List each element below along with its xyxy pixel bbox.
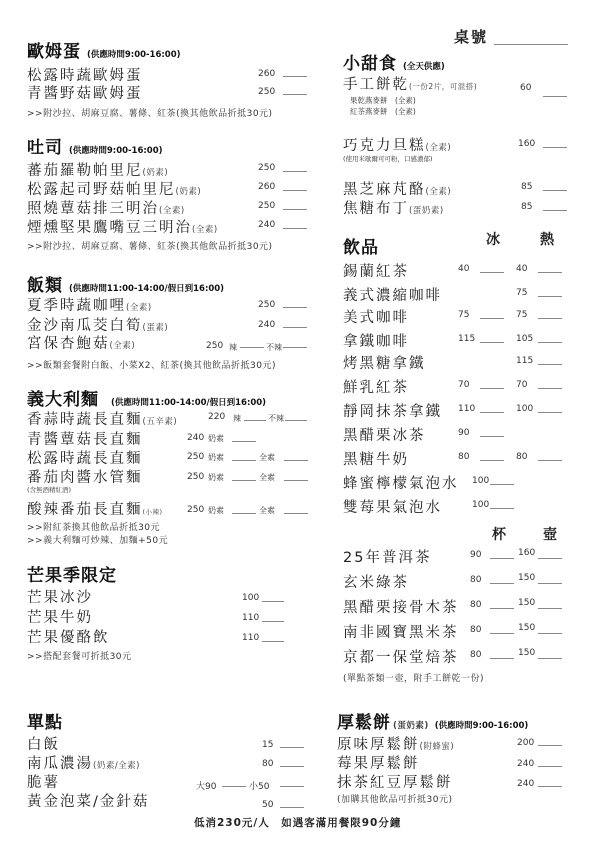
quantity-field[interactable] [283, 94, 307, 95]
item-price: 85 [521, 202, 532, 212]
item-tag: (全素) [110, 341, 136, 351]
item-price: 200 [517, 738, 534, 748]
column-header-hot: 熱 [540, 229, 554, 249]
item-price: 240 [258, 320, 275, 330]
price-pot: 160 [518, 548, 535, 558]
drink-item: 拿鐵咖啡 [343, 330, 409, 351]
item-price: 240 [187, 433, 204, 443]
item-name: 蜂蜜檸檬氣泡水 [343, 476, 459, 492]
price-iced: 70 [458, 380, 469, 390]
cookie-flavor: 果乾燕麥餅 (全素) [350, 95, 416, 106]
quantity-field[interactable] [262, 621, 284, 622]
menu-item: 脆薯 [27, 771, 60, 792]
quantity-field-small[interactable] [280, 786, 304, 787]
item-tag: (全素) [126, 303, 152, 313]
tea-item: 南非國寶黑米茶 [343, 621, 459, 642]
drink-item: 錫蘭紅茶 [343, 260, 409, 281]
option-label-dairy: 奶素 [208, 472, 224, 483]
item-price: 250 [258, 300, 275, 310]
item-name: 香蒜時蔬長直麵 [27, 412, 143, 428]
item-price: 100 [242, 593, 259, 603]
drink-item: 黑醋栗冰茶 [343, 424, 426, 445]
quantity-field-dairy[interactable] [232, 460, 256, 461]
quantity-field-cup[interactable] [490, 633, 514, 634]
tea-item: 25年普洱茶 [343, 546, 431, 567]
menu-item: 芒果優酪飲 [27, 626, 110, 647]
section-tag: (蛋奶素) [393, 721, 429, 731]
price-iced: 110 [458, 404, 475, 414]
section-note: (加購其他飲品可折抵30元) [337, 792, 452, 805]
quantity-field-cup[interactable] [490, 658, 514, 659]
item-price: 250 [258, 163, 275, 173]
item-price: 110 [242, 613, 259, 623]
quantity-field-hot[interactable] [538, 342, 562, 343]
section-dessert-title: 小甜食(全天供應) [343, 49, 445, 74]
section-toast-title: 吐司(供應時間9:00-16:00) [27, 133, 163, 158]
item-tag: (奶素) [143, 168, 169, 178]
item-tag: (五辛素) [143, 417, 178, 427]
quantity-field[interactable] [283, 76, 307, 77]
quantity-field-pot[interactable] [538, 583, 562, 584]
quantity-field[interactable] [283, 327, 307, 328]
price-pot: 150 [518, 598, 535, 608]
menu-item: 抹茶紅豆厚鬆餅 [337, 771, 453, 792]
item-name: 酸辣番茄長直麵 [27, 502, 143, 518]
price-iced: 115 [458, 334, 475, 344]
menu-item: 手工餅乾(一份2片，可混搭) [343, 73, 477, 94]
price-cup: 80 [470, 575, 481, 585]
footer-policy: 低消230元/人 如遇客滿用餐限90分鐘 [194, 815, 401, 830]
quantity-field[interactable] [283, 307, 307, 308]
item-price: 250 [187, 452, 204, 462]
item-tag: (全素) [159, 206, 185, 216]
price-iced: 80 [458, 452, 469, 462]
quantity-field[interactable] [262, 641, 284, 642]
column-header-pot: 壺 [543, 524, 557, 544]
section-hours: (供應時間9:00-16:00) [69, 146, 163, 156]
quantity-field-iced[interactable] [480, 272, 504, 273]
menu-item: 蕃茄羅勒帕里尼(奶素) [27, 159, 168, 180]
section-pancake-title: 厚鬆餅(蛋奶素)(供應時間9:00-16:00) [337, 708, 528, 733]
item-tag: (全素) [426, 187, 452, 197]
item-name: 莓果厚鬆餅 [337, 756, 420, 772]
item-name: 南瓜濃湯 [27, 756, 93, 772]
price-cup: 80 [470, 625, 481, 635]
section-pasta-title: 義大利麵(供應時間11:00-14:00/假日到16:00) [27, 385, 266, 410]
quantity-field[interactable] [280, 807, 304, 808]
drink-item: 烤黑糖拿鐵 [343, 352, 426, 373]
quantity-field-not-spicy[interactable] [283, 347, 307, 348]
quantity-field-iced[interactable] [490, 508, 514, 509]
price-pot: 150 [518, 623, 535, 633]
item-price: 250 [258, 201, 275, 211]
section-note: >>附紅茶換其他飲品折抵30元 [27, 520, 160, 533]
section-note: >>附沙拉、胡麻豆腐、薯條、紅茶(換其他飲品折抵30元) [27, 239, 273, 252]
menu-item: 原味厚鬆餅(附蜂蜜) [337, 733, 454, 754]
quantity-field-hot[interactable] [538, 412, 562, 413]
item-tag: (蛋奶素) [409, 206, 444, 216]
item-name: 夏季時蔬咖哩 [27, 298, 126, 314]
item-name: 南非國寶黑米茶 [343, 625, 459, 641]
price-hot: 100 [516, 404, 533, 414]
item-price: 110 [242, 633, 259, 643]
quantity-field-iced[interactable] [480, 318, 504, 319]
item-name: 鮮乳紅茶 [343, 380, 409, 396]
item-price: 260 [258, 182, 275, 192]
item-name: 抹茶紅豆厚鬆餅 [337, 775, 453, 791]
quantity-field-hot[interactable] [538, 318, 562, 319]
price-pot: 150 [518, 648, 535, 658]
menu-item: 酸辣番茄長直麵(小辣) [27, 498, 163, 519]
item-tag: (奶素) [176, 187, 202, 197]
item-name: 黑芝麻芃酪 [343, 182, 426, 198]
item-name: 黑醋栗接骨木茶 [343, 600, 459, 616]
quantity-field-pot[interactable] [538, 633, 562, 634]
quantity-field[interactable] [283, 209, 307, 210]
menu-item: 黑芝麻芃酪(全素) [343, 178, 451, 199]
quantity-field-dairy[interactable] [232, 513, 256, 514]
table-number-field[interactable] [494, 44, 568, 45]
section-hours: (供應時間9:00-16:00) [87, 50, 181, 60]
section-hours: (供應時間9:00-16:00) [435, 721, 529, 731]
quantity-field[interactable] [283, 228, 307, 229]
menu-item: 松露起司野菇帕里尼(奶素) [27, 178, 201, 199]
price-hot: 40 [516, 264, 527, 274]
item-name: 原味厚鬆餅 [337, 737, 420, 753]
item-price: 160 [518, 139, 535, 149]
quantity-field-iced[interactable] [480, 342, 504, 343]
section-rice-title: 飯類(供應時間11:00-14:00/假日到16:00) [27, 271, 224, 296]
tea-item: 黑醋栗接骨木茶 [343, 596, 459, 617]
quantity-field[interactable] [543, 190, 567, 191]
option-label-spicy: 辣 [229, 342, 237, 353]
price-hot: 75 [516, 310, 527, 320]
quantity-field-iced[interactable] [480, 412, 504, 413]
item-tag: (一份2片，可混搭) [409, 82, 477, 91]
section-sides-title: 單點 [27, 708, 63, 733]
quantity-field-dairy[interactable] [232, 441, 256, 442]
tea-note: (單點茶類一壺，附手工餅乾一份) [343, 671, 484, 684]
item-price: 250 [258, 87, 275, 97]
menu-item: 焦糖布丁(蛋奶素) [343, 197, 444, 218]
drink-item: 雙莓果氣泡水 [343, 496, 442, 517]
section-note: >>搭配套餐可折抵30元 [27, 649, 132, 662]
quantity-field-hot[interactable] [538, 272, 562, 273]
item-name: 松露時蔬長直麵 [27, 451, 143, 467]
drink-item: 蜂蜜檸檬氣泡水 [343, 472, 459, 493]
quantity-field-cup[interactable] [490, 558, 514, 559]
menu-item: 青醬野菇歐姆蛋 [27, 82, 143, 103]
price-hot: 70 [516, 380, 527, 390]
tea-item: 玄米綠茶 [343, 571, 409, 592]
item-name: 蕃茄羅勒帕里尼 [27, 163, 143, 179]
quantity-field-dairy[interactable] [232, 480, 256, 481]
item-tag: (小辣) [143, 508, 163, 516]
item-name: 烤黑糖拿鐵 [343, 356, 426, 372]
quantity-field[interactable] [543, 96, 567, 97]
option-label-vegan: 全素 [259, 472, 275, 483]
section-hours: (全天供應) [403, 62, 445, 72]
price-cup: 90 [470, 550, 481, 560]
item-name: 玄米綠茶 [343, 575, 409, 591]
price-hot: 105 [516, 334, 533, 344]
tea-item: 京都一保堂焙茶 [343, 646, 459, 667]
price-iced: 75 [458, 310, 469, 320]
item-name: 焦糖布丁 [343, 201, 409, 217]
price-hot: 115 [516, 356, 533, 366]
quantity-field-cup[interactable] [490, 608, 514, 609]
item-price: 85 [521, 182, 532, 192]
quantity-field-vegan[interactable] [284, 513, 308, 514]
quantity-field-iced[interactable] [480, 460, 504, 461]
item-name: 宮保杏鮑菇 [27, 336, 110, 352]
menu-item: 夏季時蔬咖哩(全素) [27, 294, 152, 315]
item-name: 黑醋栗冰茶 [343, 428, 426, 444]
option-label-spicy: 辣 [233, 413, 241, 424]
section-title-text: 義大利麵 [27, 390, 99, 410]
item-price: 60 [520, 83, 531, 93]
price-cup: 80 [470, 600, 481, 610]
item-sub-note: (含無酒精紅酒) [27, 485, 71, 494]
section-title-text: 小甜食 [343, 54, 397, 74]
cookie-flavor: 紅茶燕麥餅 (全素) [350, 106, 416, 117]
drink-item: 靜岡抹茶拿鐵 [343, 400, 442, 421]
section-omelette-title: 歐姆蛋(供應時間9:00-16:00) [27, 37, 181, 62]
item-tag: (奶素/全素) [93, 761, 140, 771]
column-header-iced: 冰 [486, 229, 500, 249]
price-iced: 40 [458, 264, 469, 274]
menu-item: 松露時蔬長直麵 [27, 447, 143, 468]
item-name: 白飯 [27, 737, 60, 753]
quantity-field-hot[interactable] [538, 364, 562, 365]
item-price: 250 [187, 505, 204, 515]
quantity-field[interactable] [538, 786, 562, 787]
quantity-field-pot[interactable] [538, 608, 562, 609]
quantity-field-large[interactable] [222, 786, 246, 787]
drink-item: 義式濃縮咖啡 [343, 284, 442, 305]
item-name: 芒果牛奶 [27, 610, 93, 626]
item-name: 義式濃縮咖啡 [343, 288, 442, 304]
menu-item: 芒果冰沙 [27, 586, 93, 607]
quantity-field[interactable] [283, 190, 307, 191]
item-name: 雙莓果氣泡水 [343, 500, 442, 516]
option-label-not-spicy: 不辣 [268, 413, 284, 424]
option-label-not-spicy: 不辣 [266, 342, 282, 353]
item-name: 松露起司野菇帕里尼 [27, 182, 176, 198]
menu-item: 芒果牛奶 [27, 606, 93, 627]
quantity-field[interactable] [538, 766, 562, 767]
quantity-field[interactable] [280, 747, 304, 748]
quantity-field-spicy[interactable] [244, 420, 266, 421]
column-header-cup: 杯 [492, 524, 506, 544]
quantity-field-not-spicy[interactable] [285, 420, 307, 421]
item-price: 240 [517, 759, 534, 769]
quantity-field[interactable] [543, 147, 567, 148]
quantity-field-iced[interactable] [490, 484, 514, 485]
price-iced: 100 [472, 476, 489, 486]
item-name: 25年普洱茶 [343, 550, 431, 566]
item-name: 京都一保堂焙茶 [343, 650, 459, 666]
drink-item: 鮮乳紅茶 [343, 376, 409, 397]
menu-item: 黃金泡菜/金針菇 [27, 790, 149, 811]
menu-item: 南瓜濃湯(奶素/全素) [27, 752, 140, 773]
item-price: 15 [262, 740, 273, 750]
menu-item: 香蒜時蔬長直麵(五辛素) [27, 408, 177, 429]
quantity-field-vegan[interactable] [284, 480, 308, 481]
item-name: 拿鐵咖啡 [343, 334, 409, 350]
quantity-field-pot[interactable] [538, 658, 562, 659]
item-price: 240 [258, 220, 275, 230]
item-tag: (全素) [192, 225, 218, 235]
item-name: 美式咖啡 [343, 310, 409, 326]
item-name: 青醬蕈菇長直麵 [27, 432, 143, 448]
quantity-field-cup[interactable] [490, 583, 514, 584]
quantity-field-hot[interactable] [538, 460, 562, 461]
price-iced: 100 [472, 500, 489, 510]
quantity-field-hot[interactable] [538, 388, 562, 389]
item-price: 220 [208, 412, 225, 422]
item-price: 240 [517, 779, 534, 789]
option-label-dairy: 奶素 [208, 505, 224, 516]
item-sub-note: (使用米歇爾可可粉，口感濃郁) [343, 154, 433, 163]
price-hot: 75 [516, 288, 527, 298]
option-label-vegan: 全素 [259, 505, 275, 516]
price-cup: 80 [470, 650, 481, 660]
item-name: 黃金泡菜/金針菇 [27, 794, 149, 810]
price-iced: 90 [458, 428, 469, 438]
quantity-field[interactable] [538, 745, 562, 746]
item-tag: (附蜂蜜) [420, 742, 455, 752]
section-title-text: 歐姆蛋 [27, 42, 81, 62]
item-name: 青醬野菇歐姆蛋 [27, 86, 143, 102]
menu-item: 青醬蕈菇長直麵 [27, 428, 143, 449]
section-note: >>飯類套餐附白飯、小菜X2、紅茶(換其他飲品折抵30元) [27, 358, 276, 371]
quantity-field-pot[interactable] [538, 558, 562, 559]
option-label-dairy: 奶素 [208, 452, 224, 463]
section-note: >>附沙拉、胡麻豆腐、薯條、紅茶(換其他飲品折抵30元) [27, 106, 273, 119]
price-pot: 150 [518, 573, 535, 583]
item-price: 50 [262, 800, 273, 810]
section-hours: (供應時間11:00-14:00/假日到16:00) [111, 398, 266, 408]
quantity-field-vegan[interactable] [284, 460, 308, 461]
section-drinks-title: 飲品 [343, 233, 379, 258]
quantity-field-hot[interactable] [538, 296, 562, 297]
item-price-small: 小50 [249, 779, 269, 792]
section-hours: (供應時間11:00-14:00/假日到16:00) [69, 284, 224, 294]
item-name: 煙燻堅果鷹嘴豆三明治 [27, 220, 192, 236]
item-name: 巧克力旦糕 [343, 138, 426, 154]
item-name: 錫蘭紅茶 [343, 264, 409, 280]
item-name: 照燒蕈菇排三明治 [27, 201, 159, 217]
section-title-text: 吐司 [27, 138, 63, 158]
quantity-field-iced[interactable] [480, 388, 504, 389]
item-price: 260 [258, 69, 275, 79]
menu-item: 煙燻堅果鷹嘴豆三明治(全素) [27, 216, 218, 237]
price-hot: 80 [516, 452, 527, 462]
menu-item: 巧克力旦糕(全素) [343, 134, 451, 155]
menu-item: 番茄肉醬水管麵 [27, 466, 143, 487]
quantity-field[interactable] [262, 601, 284, 602]
section-title-text: 飯類 [27, 276, 63, 296]
section-mango-title: 芒果季限定 [27, 561, 117, 586]
item-name: 芒果優酪飲 [27, 630, 110, 646]
option-label-dairy: 奶素 [208, 433, 224, 444]
menu-item: 莓果厚鬆餅 [337, 752, 420, 773]
quantity-field[interactable] [543, 210, 567, 211]
quantity-field-spicy[interactable] [240, 347, 264, 348]
item-price: 250 [206, 341, 223, 351]
quantity-field[interactable] [283, 171, 307, 172]
item-name: 番茄肉醬水管麵 [27, 470, 143, 486]
option-label-vegan: 全素 [259, 452, 275, 463]
section-title-text: 厚鬆餅 [337, 713, 391, 733]
item-name: 芒果冰沙 [27, 590, 93, 606]
quantity-field[interactable] [280, 766, 304, 767]
menu-item: 白飯 [27, 733, 60, 754]
table-number-label: 桌號 [454, 26, 488, 47]
drink-item: 美式咖啡 [343, 306, 409, 327]
menu-item: 照燒蕈菇排三明治(全素) [27, 197, 185, 218]
item-name: 黑糖牛奶 [343, 452, 409, 468]
item-name: 脆薯 [27, 775, 60, 791]
item-price-large: 大90 [196, 779, 216, 792]
section-note: >>義大利麵可炒辣、加麵+50元 [27, 533, 168, 546]
item-price: 250 [187, 472, 204, 482]
drink-item: 黑糖牛奶 [343, 448, 409, 469]
item-name: 靜岡抹茶拿鐵 [343, 404, 442, 420]
quantity-field-iced[interactable] [480, 436, 504, 437]
menu-item: 宮保杏鮑菇(全素) [27, 332, 135, 353]
item-tag: (蛋素) [143, 323, 169, 333]
item-name: 手工餅乾 [343, 77, 409, 93]
item-price: 80 [262, 759, 273, 769]
item-tag: (全素) [426, 143, 452, 153]
